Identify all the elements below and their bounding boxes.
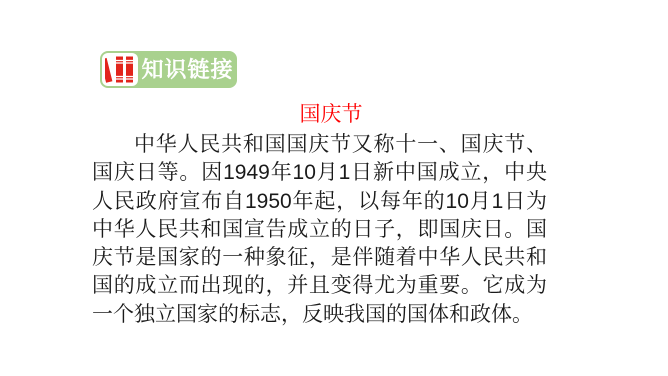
slide-title: 国庆节 bbox=[92, 102, 570, 128]
slide: 知识链接 国庆节 中华人民共和国国庆节又称十一、国庆节、国庆日等。因1949年1… bbox=[0, 0, 668, 376]
knowledge-link-badge-label: 知识链接 bbox=[138, 51, 237, 88]
books-icon bbox=[102, 53, 138, 86]
body-paragraph: 中华人民共和国国庆节又称十一、国庆节、国庆日等。因1949年10月1日新中国成立… bbox=[92, 131, 547, 329]
knowledge-link-badge: 知识链接 bbox=[100, 51, 237, 88]
